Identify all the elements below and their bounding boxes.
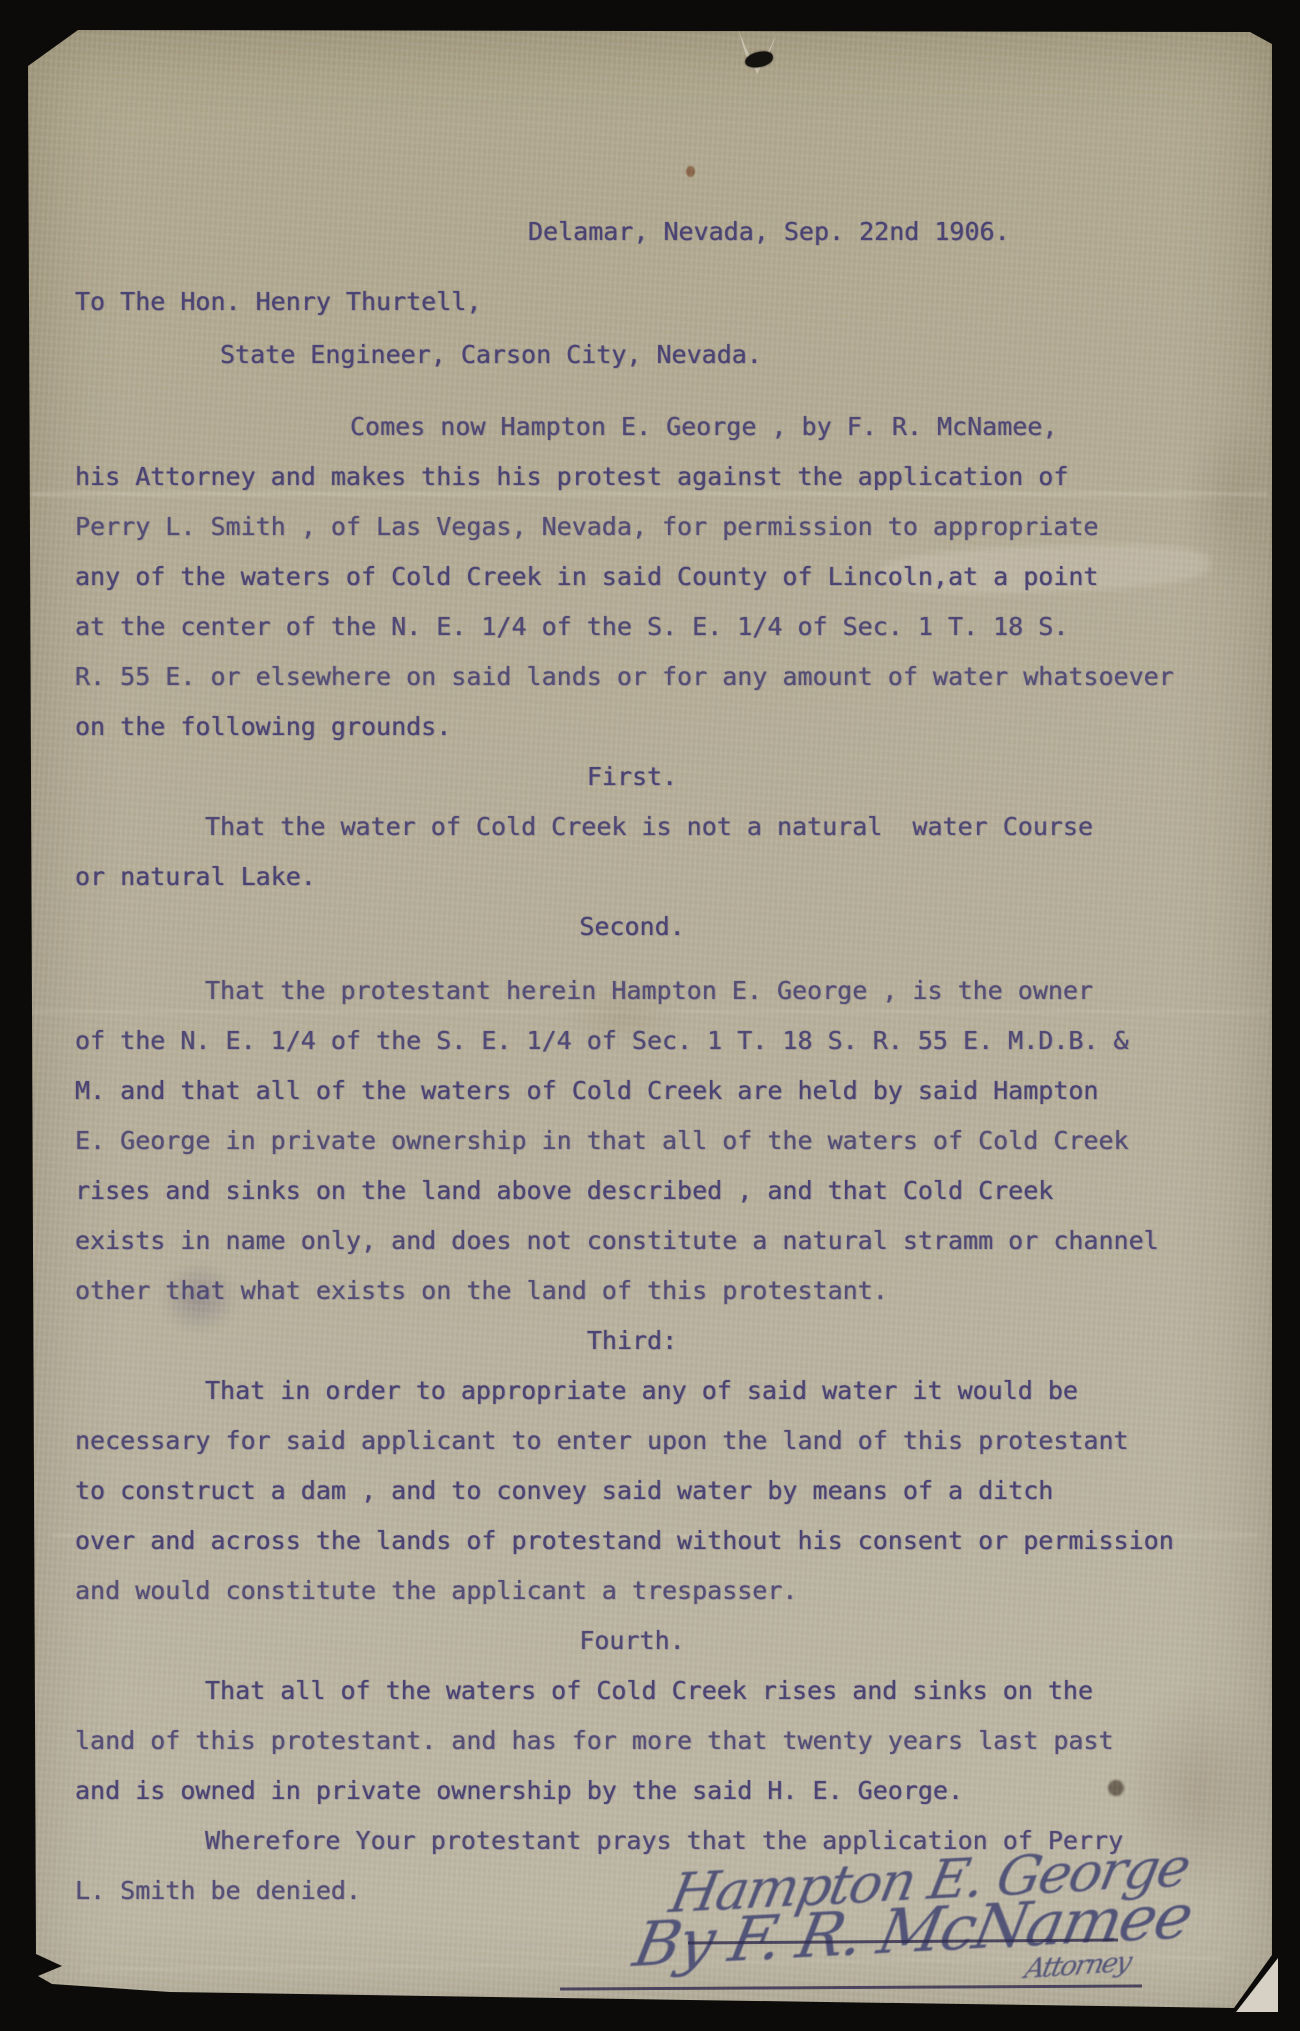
addressee-line-2: State Engineer, Carson City, Nevada.	[220, 330, 762, 380]
dateline: Delamar, Nevada, Sep. 22nd 1906.	[528, 207, 1010, 257]
typed-line: That all of the waters of Cold Creek ris…	[75, 1666, 1189, 1716]
typed-line: on the following grounds.	[75, 702, 1189, 752]
typed-line: That the protestant herein Hampton E. Ge…	[75, 966, 1189, 1016]
addressee-line-1: To The Hon. Henry Thurtell,	[75, 277, 481, 327]
typed-line: over and across the lands of protestand …	[75, 1516, 1189, 1566]
typed-line: necessary for said applicant to enter up…	[75, 1416, 1189, 1466]
typed-line: land of this protestant. and has for mor…	[75, 1716, 1189, 1766]
typed-line: First.	[75, 752, 1189, 802]
paper-stain	[686, 166, 695, 177]
typed-line: to construct a dam , and to convey said …	[75, 1466, 1189, 1516]
typed-line: M. and that all of the waters of Cold Cr…	[75, 1066, 1189, 1116]
typed-line: R. 55 E. or elsewhere on said lands or f…	[75, 652, 1189, 702]
typed-line: Second.	[75, 902, 1189, 952]
typed-line: other that what exists on the land of th…	[75, 1266, 1189, 1316]
document-photo: Delamar, Nevada, Sep. 22nd 1906. To The …	[0, 0, 1300, 2031]
typed-line: Third:	[75, 1316, 1189, 1366]
typed-line: E. George in private ownership in that a…	[75, 1116, 1189, 1166]
typed-line: at the center of the N. E. 1/4 of the S.…	[75, 602, 1189, 652]
typed-line: and is owned in private ownership by the…	[75, 1766, 1189, 1816]
typed-line: his Attorney and makes this his protest …	[75, 452, 1189, 502]
typed-line: rises and sinks on the land above descri…	[75, 1166, 1189, 1216]
typed-line: Fourth.	[75, 1616, 1189, 1666]
typed-line: exists in name only, and does not consti…	[75, 1216, 1189, 1266]
typed-line: of the N. E. 1/4 of the S. E. 1/4 of Sec…	[75, 1016, 1189, 1066]
paper-stain	[1188, 416, 1278, 586]
typed-line: Perry L. Smith , of Las Vegas, Nevada, f…	[75, 502, 1189, 552]
typed-line: or natural Lake.	[75, 852, 1189, 902]
letter-body: Comes now Hampton E. George , by F. R. M…	[75, 402, 1189, 1916]
typed-line: any of the waters of Cold Creek in said …	[75, 552, 1189, 602]
typed-line: That in order to appropriate any of said…	[75, 1366, 1189, 1416]
typed-line: That the water of Cold Creek is not a na…	[75, 802, 1189, 852]
typed-line: Comes now Hampton E. George , by F. R. M…	[75, 402, 1189, 452]
typed-line: and would constitute the applicant a tre…	[75, 1566, 1189, 1616]
